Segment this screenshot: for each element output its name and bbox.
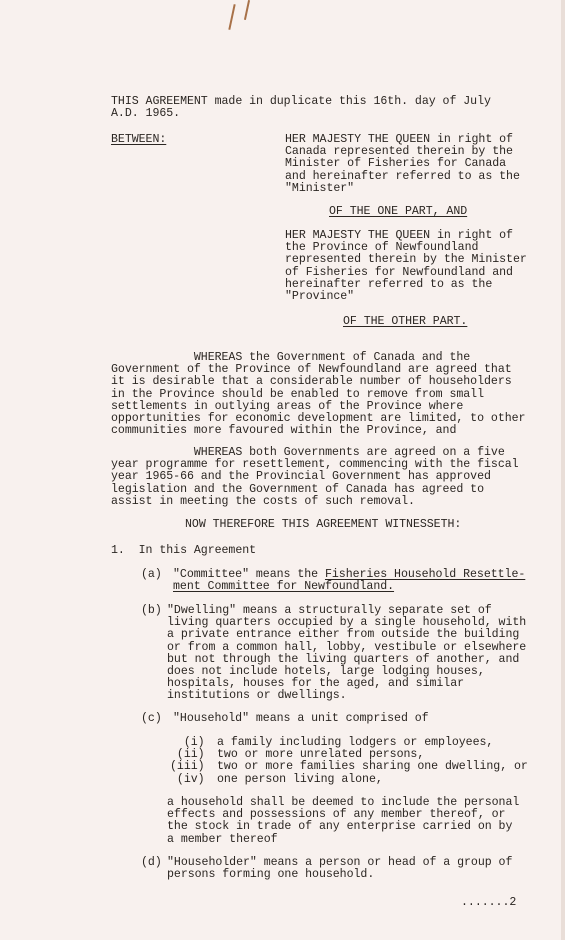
definition-c-label: (c) bbox=[141, 713, 162, 725]
whereas-1-line: it is desirable that a considerable numb… bbox=[111, 376, 512, 388]
definition-d-line: persons forming one household. bbox=[167, 869, 374, 881]
party-one-suffix: OF THE ONE PART, AND bbox=[329, 206, 467, 218]
whereas-2-line: year 1965-66 and the Provincial Governme… bbox=[111, 471, 491, 483]
party-one-line: Minister of Fisheries for Canada bbox=[285, 158, 506, 170]
definition-b-label: (b) bbox=[141, 605, 162, 617]
sub-item-text: one person living alone, bbox=[217, 774, 383, 786]
pen-mark bbox=[228, 4, 235, 30]
party-one-line: "Minister" bbox=[285, 183, 354, 195]
definition-b-line: a private entrance either from outside t… bbox=[167, 629, 519, 641]
committee-name-cont: ment Committee for Newfoundland. bbox=[173, 581, 394, 593]
page-continuation: .......2 bbox=[461, 897, 516, 909]
definition-b-line: institutions or dwellings. bbox=[167, 690, 347, 702]
page-edge bbox=[561, 0, 565, 940]
party-two-line: represented therein by the Minister bbox=[285, 254, 527, 266]
whereas-1-line: in the Province should be enabled to rem… bbox=[111, 389, 484, 401]
definition-b-line: or from a common hall, lobby, vestibule … bbox=[167, 642, 526, 654]
party-one-line: and hereinafter referred to as the bbox=[285, 171, 520, 183]
sub-item-number: (iii) bbox=[170, 761, 205, 773]
opening-line-2: A.D. 1965. bbox=[111, 108, 180, 120]
definition-a-label: (a) bbox=[141, 569, 162, 581]
between-label: BETWEEN: bbox=[111, 134, 166, 146]
whereas-1-line: communities more favoured within the Pro… bbox=[111, 425, 456, 437]
definition-c-tail-line: a member thereof bbox=[167, 834, 278, 846]
definition-c-intro: "Household" means a unit comprised of bbox=[173, 713, 429, 725]
document-page: THIS AGREEMENT made in duplicate this 16… bbox=[0, 0, 565, 940]
pen-mark bbox=[244, 0, 250, 20]
sub-item-text: two or more families sharing one dwellin… bbox=[217, 761, 528, 773]
party-two-suffix: OF THE OTHER PART. bbox=[343, 316, 467, 328]
sub-item-number: (iv) bbox=[170, 774, 205, 786]
definition-d-label: (d) bbox=[141, 857, 162, 869]
party-two-line: "Province" bbox=[285, 291, 354, 303]
witnesseth-heading: NOW THEREFORE THIS AGREEMENT WITNESSETH: bbox=[185, 519, 461, 531]
definition-c-tail-line: the stock in trade of any enterprise car… bbox=[167, 821, 512, 833]
party-two-line: of Fisheries for Newfoundland and bbox=[285, 267, 513, 279]
whereas-2-line: assist in meeting the costs of such remo… bbox=[111, 496, 415, 508]
whereas-2-line: legislation and the Government of Canada… bbox=[111, 484, 484, 496]
clause-1-heading: 1. In this Agreement bbox=[111, 545, 256, 557]
